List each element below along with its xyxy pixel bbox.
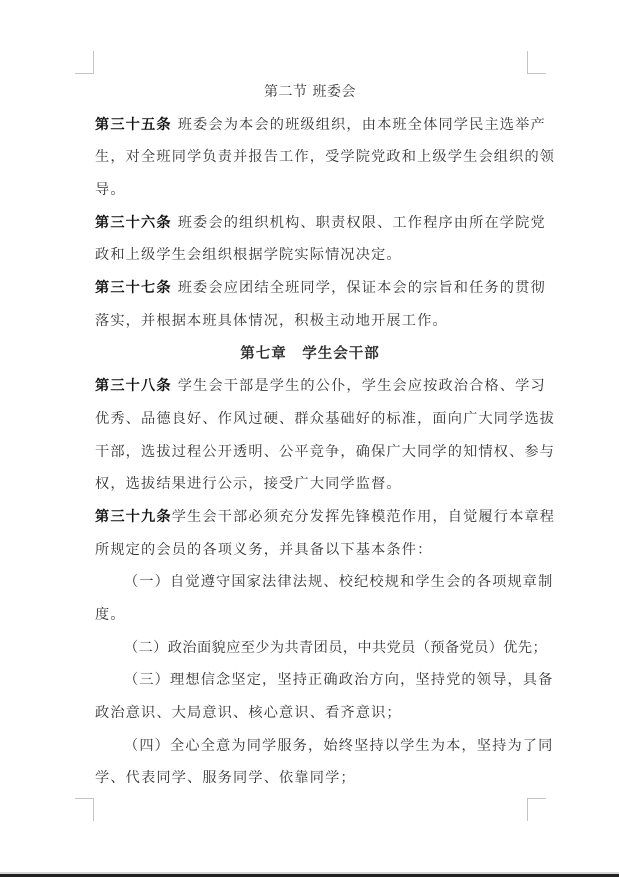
article-38: 第三十八条学生会干部是学生的公仆，学生会应按政治合格、学习 优秀、品德良好、作风… [95, 370, 525, 501]
condition-text: 度。 [95, 599, 525, 632]
article-text: 学生会干部是学生的公仆，学生会应按政治合格、学习 [178, 378, 546, 394]
page-corner-mark-bottom-left [75, 798, 94, 821]
document-page: 第二节 班委会 第三十五条班委会为本会的班级组织，由本班全体同学民主选举产 生，… [95, 76, 525, 795]
article-text: 班委会应团结全班同学，保证本会的宗旨和任务的贯彻 [178, 280, 546, 296]
article-text: 所规定的会员的各项义务，并具备以下基本条件： [95, 534, 525, 567]
chapter-title: 第七章 学生会干部 [95, 338, 525, 371]
page-corner-mark-top-right [527, 51, 546, 74]
condition-1: （一）自觉遵守国家法律法规、校纪校规和学生会的各项规章制 度。 [95, 566, 525, 631]
condition-2: （二）政治面貌应至少为共青团员，中共党员（预备党员）优先； [95, 632, 525, 665]
condition-text: （四）全心全意为同学服务，始终坚持以学生为本，坚持为了同 [95, 730, 525, 763]
article-text: 班委会为本会的班级组织，由本班全体同学民主选举产 [178, 117, 546, 133]
condition-text: （一）自觉遵守国家法律法规、校纪校规和学生会的各项规章制 [95, 566, 525, 599]
article-label: 第三十八条 [95, 378, 172, 394]
article-39: 第三十九条学生会干部必须充分发挥先锋模范作用，自觉履行本章程 所规定的会员的各项… [95, 501, 525, 566]
article-37: 第三十七条班委会应团结全班同学，保证本会的宗旨和任务的贯彻 落实，并根据本班具体… [95, 272, 525, 337]
condition-text: 政治意识、大局意识、核心意识、看齐意识； [95, 697, 525, 730]
article-36: 第三十六条班委会的组织机构、职责权限、工作程序由所在学院党 政和上级学生会组织根… [95, 207, 525, 272]
article-text: 政和上级学生会组织根据学院实际情况决定。 [95, 239, 525, 272]
article-text: 学生会干部必须充分发挥先锋模范作用，自觉履行本章程 [172, 509, 555, 525]
page-corner-mark-bottom-right [527, 798, 546, 821]
condition-text: 学、代表同学、服务同学、依靠同学； [95, 762, 525, 795]
article-35: 第三十五条班委会为本会的班级组织，由本班全体同学民主选举产 生，对全班同学负责并… [95, 109, 525, 207]
condition-text: （二）政治面貌应至少为共青团员，中共党员（预备党员）优先； [95, 632, 525, 665]
article-text: 优秀、品德良好、作风过硬、群众基础好的标准，面向广大同学选拔 [95, 403, 525, 436]
article-text: 生，对全班同学负责并报告工作，受学院党政和上级学生会组织的领 [95, 141, 525, 174]
section-title: 第二节 班委会 [95, 76, 525, 109]
article-text: 落实，并根据本班具体情况，积极主动地开展工作。 [95, 305, 525, 338]
article-text: 班委会的组织机构、职责权限、工作程序由所在学院党 [178, 215, 546, 231]
condition-3: （三）理想信念坚定，坚持正确政治方向，坚持党的领导，具备 政治意识、大局意识、核… [95, 664, 525, 729]
article-text: 导。 [95, 174, 525, 207]
condition-4: （四）全心全意为同学服务，始终坚持以学生为本，坚持为了同 学、代表同学、服务同学… [95, 730, 525, 795]
article-label: 第三十六条 [95, 215, 172, 231]
article-text: 干部，选拔过程公开透明、公平竞争，确保广大同学的知情权、参与 [95, 436, 525, 469]
page-corner-mark-top-left [75, 51, 94, 74]
condition-text: （三）理想信念坚定，坚持正确政治方向，坚持党的领导，具备 [95, 664, 525, 697]
article-label: 第三十五条 [95, 117, 172, 133]
article-text: 权，选拔结果进行公示，接受广大同学监督。 [95, 468, 525, 501]
article-label: 第三十九条 [95, 509, 172, 525]
article-label: 第三十七条 [95, 280, 172, 296]
